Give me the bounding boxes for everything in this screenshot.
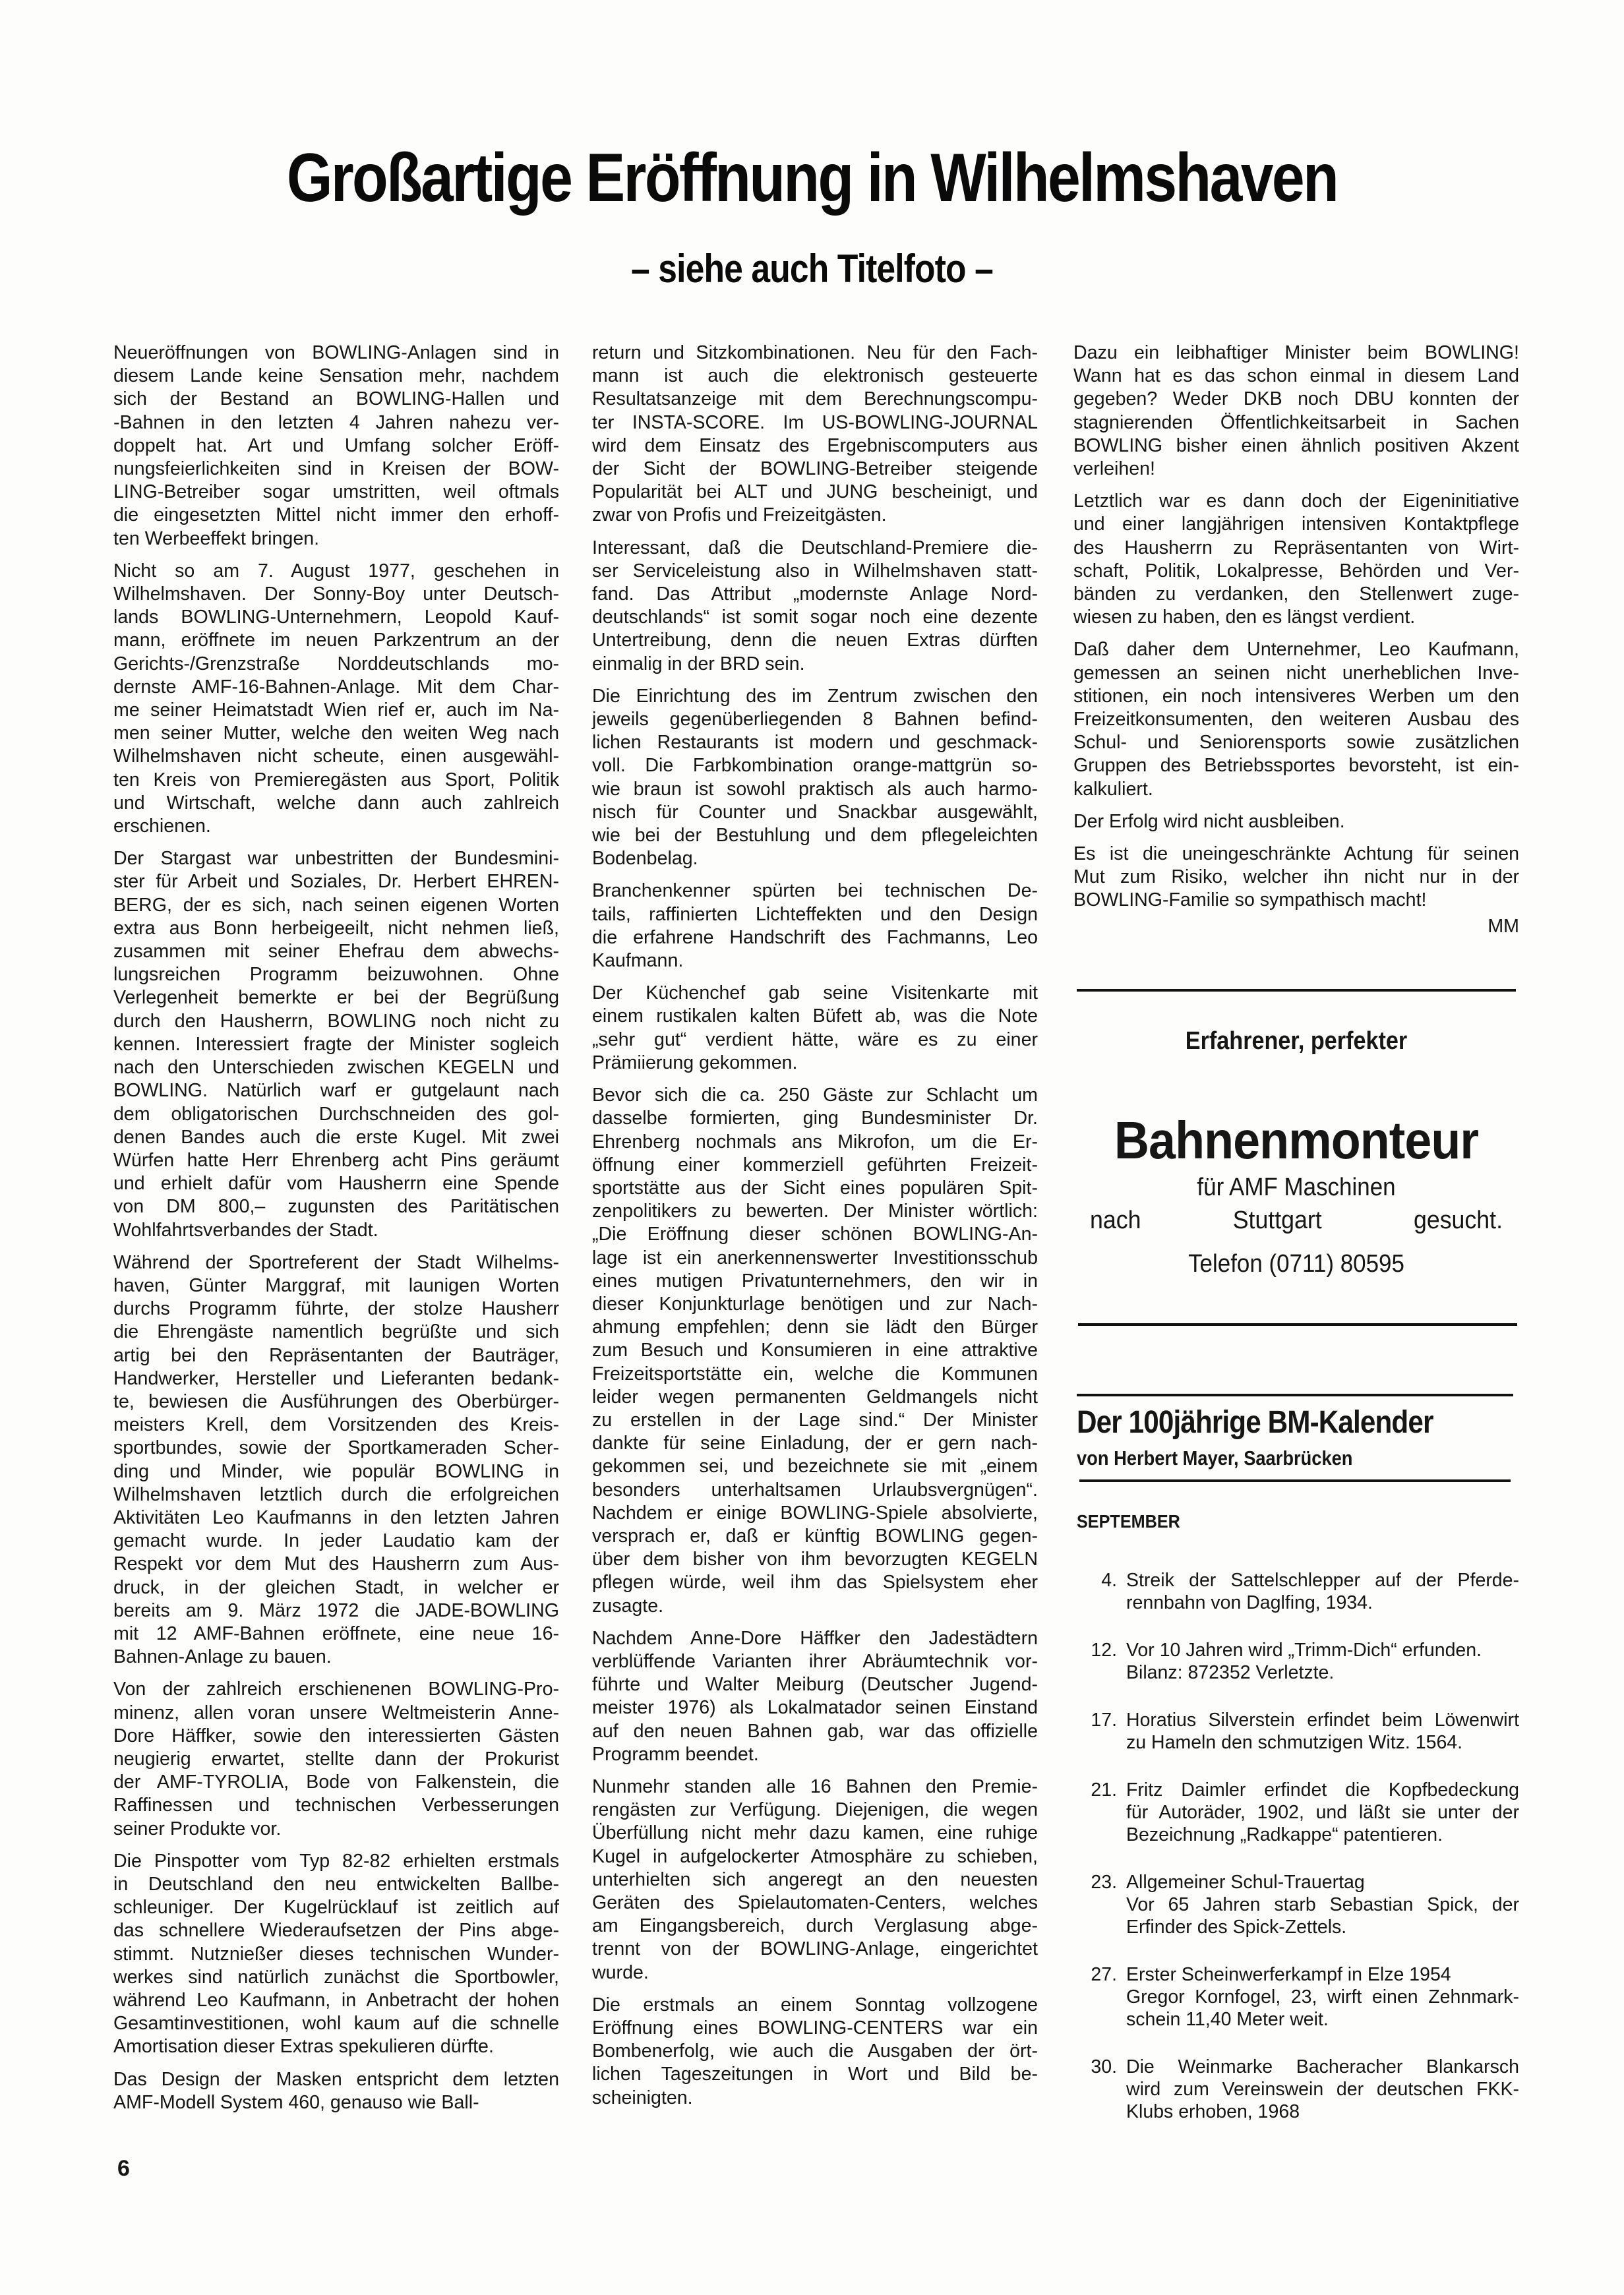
text-line: Wann hat es das schon einmal in diesem L… (1073, 365, 1519, 388)
text-line: zu erstellen in der Lage sind.“ Der Mini… (592, 1409, 1038, 1432)
text-line: mit 12 AMF-Bahnen eröffnete, eine neue 1… (113, 1623, 559, 1646)
calendar-entry-day: 17. (1073, 1709, 1126, 1754)
text-line: jeweils gegenüberliegenden 8 Bahnen befi… (592, 708, 1038, 731)
article-paragraph: Das Design der Masken entspricht dem let… (113, 2068, 559, 2114)
text-line: Bombenerfolg, wie auch die Ausgaben der … (592, 2040, 1038, 2063)
text-line: und einer langjährigen intensiven Kontak… (1073, 513, 1519, 536)
text-line: zusagte. (592, 1595, 1038, 1618)
text-line: Die Einrichtung des im Zentrum zwischen … (592, 685, 1038, 708)
text-line: öffnung einer kommerziell geführten Frei… (592, 1154, 1038, 1177)
text-line: Schul- und Seniorensports sowie zusätzli… (1073, 731, 1519, 754)
text-line: Raffinessen und technischen Verbesserung… (113, 1794, 559, 1817)
calendar-entry-text: Vor 10 Jahren wird „Trimm-Dich“ erfunden… (1126, 1639, 1519, 1684)
text-line: Der Stargast war unbestritten der Bundes… (113, 847, 559, 870)
article-paragraph: Die erstmals an einem Sonntag vollzogene… (592, 1994, 1038, 2110)
article-paragraph: Nachdem Anne-Dore Häffker den Jadestädte… (592, 1627, 1038, 1766)
text-line: artig bei den Repräsentanten der Bauträg… (113, 1344, 559, 1367)
text-line: verblüffende Varianten ihrer Abräumtechn… (592, 1650, 1038, 1673)
ad-top-rule (1077, 989, 1516, 992)
article-column-3: Dazu ein leibhaftiger Minister beim BOWL… (1073, 342, 1519, 938)
text-line: Eröffnung eines BOWLING-CENTERS war ein (592, 2017, 1038, 2040)
text-line: der AMF-TYROLIA, Bode von Falkenstein, d… (113, 1771, 559, 1794)
text-line: Vor 65 Jahren starb Sebastian Spick, der (1126, 1893, 1519, 1916)
article-paragraph: Die Einrichtung des im Zentrum zwischen … (592, 685, 1038, 871)
text-line: die erfahrene Handschrift des Fachmanns,… (592, 926, 1038, 949)
text-line: wird zum Vereinswein der deutschen FKK- (1126, 2078, 1519, 2101)
text-line: BOWLING-Familie so sympathisch macht! (1073, 889, 1519, 912)
text-line: Nunmehr standen alle 16 Bahnen den Premi… (592, 1775, 1038, 1799)
text-line: Das Design der Masken entspricht dem let… (113, 2068, 559, 2091)
article-headline: Großartige Eröffnung in Wilhelmshaven (113, 144, 1510, 212)
article-paragraph: Nicht so am 7. August 1977, geschehen in… (113, 560, 559, 838)
text-line: wie braun ist sowohl praktisch als auch … (592, 778, 1038, 801)
text-line: Vor 10 Jahren wird „Trimm-Dich“ erfunden… (1126, 1639, 1519, 1661)
text-line: Freizeitkonsumenten, den weiteren Ausbau… (1073, 708, 1519, 731)
text-line: Geräten des Spielautomaten-Centers, welc… (592, 1892, 1038, 1915)
text-line: dem obligatorischen Durchschneiden des g… (113, 1103, 559, 1126)
text-line: Es ist die uneingeschränkte Achtung für … (1073, 843, 1519, 866)
text-line: wiesen zu haben, den es längst verdient. (1073, 606, 1519, 629)
text-line: Die Weinmarke Bacheracher Blankarsch (1126, 2056, 1519, 2078)
text-line: Letztlich war es dann doch der Eigeninit… (1073, 490, 1519, 513)
calendar-entry: 27.Erster Scheinwerferkampf in Elze 1954… (1073, 1963, 1519, 2031)
text-line: schein 11,40 Meter weit. (1126, 2008, 1519, 2031)
text-line: Die erstmals an einem Sonntag vollzogene (592, 1994, 1038, 2017)
text-line: Wohlfahrtsverbandes der Stadt. (113, 1219, 559, 1242)
calendar-entry: 12.Vor 10 Jahren wird „Trimm-Dich“ erfun… (1073, 1639, 1519, 1684)
ad-location-line: nach Stuttgart gesucht. (1090, 1207, 1503, 1235)
text-line: während Leo Kaufmann, in Anbetracht der … (113, 1989, 559, 2012)
text-line: rennbahn von Daglfing, 1934. (1126, 1592, 1519, 1614)
text-line: sich der Bestand an BOWLING-Hallen und (113, 388, 559, 411)
text-line: Ehrenberg nochmals ans Mikrofon, um die … (592, 1131, 1038, 1154)
article-column-2: return und Sitzkombinationen. Neu für de… (592, 342, 1038, 2119)
text-line: kennen. Interessiert fragte der Minister… (113, 1033, 559, 1056)
text-line: stagnierenden Öffentlichkeitsarbeit in S… (1073, 411, 1519, 434)
article-paragraph: Interessant, daß die Deutschland-Premier… (592, 537, 1038, 676)
text-line: voll. Die Farbkombination orange-mattgrü… (592, 754, 1038, 777)
text-line: Neueröffnungen von BOWLING-Anlagen sind … (113, 342, 559, 365)
calendar-entry-day: 12. (1073, 1639, 1126, 1684)
calendar-entry: 23.Allgemeiner Schul-TrauertagVor 65 Jah… (1073, 1871, 1519, 1938)
text-line: Nicht so am 7. August 1977, geschehen in (113, 560, 559, 583)
ad-bottom-rule (1078, 1323, 1517, 1326)
text-line: Der Erfolg wird nicht ausbleiben. (1073, 810, 1519, 833)
text-line: Erfinder des Spick-Zettels. (1126, 1916, 1519, 1938)
text-line: und erhielt dafür vom Hausherrn eine Spe… (113, 1172, 559, 1195)
text-line: Dore Häffker, sowie den interessierten G… (113, 1725, 559, 1748)
text-line: dasselbe formierten, ging Bundesminister… (592, 1107, 1038, 1130)
text-line: ster für Arbeit und Soziales, Dr. Herber… (113, 870, 559, 893)
text-line: scheinigten. (592, 2087, 1038, 2110)
text-line: men seiner Mutter, welche den weiten Weg… (113, 722, 559, 745)
text-line: Gruppen des Betriebssportes bevorsteht, … (1073, 754, 1519, 777)
text-line: Freizeitsportstätte ein, welche die Komm… (592, 1363, 1038, 1386)
text-line: doppelt hat. Art und Umfang solcher Eröf… (113, 434, 559, 458)
calendar-top-rule (1077, 1394, 1513, 1396)
text-line: Verlegenheit bemerkte er bei der Begrüßu… (113, 986, 559, 1009)
calendar-entry: 30.Die Weinmarke Bacheracher Blankarschw… (1073, 2056, 1519, 2123)
text-line: schleuniger. Der Kugelrücklauf ist zeitl… (113, 1896, 559, 1919)
text-line: Der Küchenchef gab seine Visitenkarte mi… (592, 982, 1038, 1005)
text-line: Kugel in aufgelockerter Atmosphäre zu sc… (592, 1845, 1038, 1868)
text-line: rengästen zur Verfügung. Diejenigen, die… (592, 1799, 1038, 1822)
text-line: führte und Walter Meiburg (Deutscher Jug… (592, 1673, 1038, 1696)
text-line: des Hausherrn zu Repräsentanten von Wirt… (1073, 537, 1519, 560)
text-line: LING-Betreiber sogar umstritten, weil of… (113, 481, 559, 504)
article-paragraph: Bevor sich die ca. 250 Gäste zur Schlach… (592, 1084, 1038, 1618)
text-line: nach den Unterschieden zwischen KEGELN u… (113, 1056, 559, 1079)
ad-location-word-1: nach (1090, 1207, 1141, 1235)
text-line: zum Besuch und Konsumieren in eine attra… (592, 1339, 1038, 1362)
article-paragraph: Branchenkenner spürten bei technischen D… (592, 879, 1038, 972)
text-line: bänden zu verdanken, den Stellenwert zug… (1073, 583, 1519, 606)
text-line: Von der zahlreich erschienenen BOWLING-P… (113, 1678, 559, 1701)
text-line: gegeben? Weder DKB noch DBU konnten der (1073, 388, 1519, 411)
text-line: ter INSTA-SCORE. Im US-BOWLING-JOURNAL (592, 411, 1038, 434)
text-line: erschienen. (113, 815, 559, 838)
text-line: mann, eröffnete im neuen Parkzentrum an … (113, 629, 559, 652)
text-line: dankte für seine Einladung, der er gern … (592, 1432, 1038, 1455)
article-paragraph: Während der Sportreferent der Stadt Wilh… (113, 1251, 559, 1669)
calendar-entry-day: 23. (1073, 1871, 1126, 1938)
text-line: Die Pinspotter vom Typ 82-82 erhielten e… (113, 1850, 559, 1873)
text-line: unterhielten sich angeregt an den neuest… (592, 1868, 1038, 1892)
text-line: Nachdem er einige BOWLING-Spiele absolvi… (592, 1502, 1038, 1525)
article-column-1: Neueröffnungen von BOWLING-Anlagen sind … (113, 342, 559, 2124)
text-line: te, bewiesen die Ausführungen des Oberbü… (113, 1390, 559, 1414)
ad-phone: Telefon (0711) 80595 (1095, 1250, 1499, 1278)
text-line: Erster Scheinwerferkampf in Elze 1954 (1126, 1963, 1519, 1986)
text-line: Klubs erhoben, 1968 (1126, 2101, 1519, 2123)
text-line: Amortisation dieser Extras spekulieren d… (113, 2035, 559, 2058)
text-line: das schnellere Wiederaufsetzen der Pins … (113, 1919, 559, 1942)
text-line: eines mutigen Privatunternehmers, den wi… (592, 1270, 1038, 1293)
text-line: Gregor Kornfogel, 23, wirft einen Zehnma… (1126, 1986, 1519, 2008)
text-line: denen Bandes auch die erste Kugel. Mit z… (113, 1126, 559, 1149)
text-line: von DM 800,– zugunsten des Paritätischen (113, 1195, 559, 1218)
text-line: Popularität bei ALT und JUNG bescheinigt… (592, 481, 1038, 504)
text-line: in Deutschland den neu entwickelten Ball… (113, 1873, 559, 1896)
text-line: druck, in der gleichen Stadt, in welcher… (113, 1576, 559, 1599)
text-line: Untertreibung, denn die neuen Extras dür… (592, 629, 1038, 652)
calendar-entry-text: Die Weinmarke Bacheracher Blankarschwird… (1126, 2056, 1519, 2123)
calendar-entry-day: 27. (1073, 1963, 1126, 2031)
text-line: lichen Tageszeitungen in Wort und Bild b… (592, 2063, 1038, 2086)
article-paragraph: Letztlich war es dann doch der Eigeninit… (1073, 490, 1519, 629)
text-line: wurde. (592, 1961, 1038, 1984)
text-line: wird dem Einsatz des Ergebniscomputers a… (592, 434, 1038, 458)
text-line: stimmt. Nutznießer dieses technischen Wu… (113, 1943, 559, 1966)
text-line: Horatius Silverstein erfindet beim Löwen… (1126, 1709, 1519, 1731)
calendar-entry: 4.Streik der Sattelschlepper auf der Pfe… (1073, 1569, 1519, 1614)
text-line: Allgemeiner Schul-Trauertag (1126, 1871, 1519, 1893)
text-line: meisters Krell, dem Vorsitzenden des Kre… (113, 1414, 559, 1437)
calendar-entry-day: 21. (1073, 1779, 1126, 1846)
text-line: die eingesetzten Mittel nicht immer den … (113, 504, 559, 527)
text-line: gekommen sei, und bezeichnete sie mit „e… (592, 1455, 1038, 1478)
text-line: sportbundes, sowie der Sportkameraden Sc… (113, 1437, 559, 1460)
ad-location-city: Stuttgart (1233, 1207, 1322, 1235)
text-line: am Eingangsbereich, durch Verglasung abg… (592, 1915, 1038, 1938)
text-line: stitionen, ein noch intensiveres Werben … (1073, 685, 1519, 708)
text-line: wie bei der Bestuhlung und dem pflegelei… (592, 824, 1038, 847)
calendar-bottom-rule (1079, 1479, 1511, 1482)
article-paragraph: Die Pinspotter vom Typ 82-82 erhielten e… (113, 1850, 559, 2059)
article-subheadline: – siehe auch Titelfoto – (113, 249, 1510, 289)
text-line: ten Kreis von Premieregästen aus Sport, … (113, 769, 559, 792)
text-line: Würfen hatte Herr Ehrenberg acht Pins ge… (113, 1149, 559, 1172)
calendar-title: Der 100jährige BM-Kalender (1077, 1404, 1433, 1441)
text-line: leider wegen permanenten Geldmangels nic… (592, 1386, 1038, 1409)
text-line: Respekt vor dem Mut des Hausherrn zum Au… (113, 1553, 559, 1576)
text-line: me seiner Heimatstadt Wien rief er, auch… (113, 699, 559, 722)
text-line: zwar von Profis und Freizeitgästen. (592, 504, 1038, 527)
text-line: Bevor sich die ca. 250 Gäste zur Schlach… (592, 1084, 1038, 1107)
calendar-entry-text: Allgemeiner Schul-TrauertagVor 65 Jahren… (1126, 1871, 1519, 1938)
text-line: return und Sitzkombinationen. Neu für de… (592, 342, 1038, 365)
text-line: verleihen! (1073, 458, 1519, 481)
article-paragraph: Dazu ein leibhaftiger Minister beim BOWL… (1073, 342, 1519, 481)
text-line: ding und Minder, wie populär BOWLING in (113, 1460, 559, 1483)
text-line: Gesamtinvestitionen, wohl kaum auf die s… (113, 2012, 559, 2035)
text-line: dernste AMF-16-Bahnen-Anlage. Mit dem Ch… (113, 676, 559, 699)
text-line: „Die Eröffnung dieser schönen BOWLING-An… (592, 1223, 1038, 1246)
text-line: einem rustikalen kalten Büfett ab, was d… (592, 1005, 1038, 1028)
text-line: für Autoräder, 1902, und läßt sie unter … (1126, 1801, 1519, 1824)
text-line: Bilanz: 872352 Verletzte. (1126, 1661, 1519, 1684)
text-line: ser Serviceleistung also in Wilhelmshave… (592, 560, 1038, 583)
text-line: Bahnen-Anlage zu bauen. (113, 1646, 559, 1669)
text-line: Bodenbelag. (592, 847, 1038, 870)
page-number: 6 (117, 2156, 130, 2182)
text-line: minenz, allen voran unsere Weltmeisterin… (113, 1702, 559, 1725)
text-line: fand. Das Attribut „modernste Anlage Nor… (592, 583, 1038, 606)
text-line: einmalig in der BRD sein. (592, 653, 1038, 676)
text-line: bereits am 9. März 1972 die JADE-BOWLING (113, 1599, 559, 1623)
text-line: BOWLING. Natürlich warf er gutgelaunt na… (113, 1079, 559, 1102)
text-line: AMF-Modell System 460, genauso wie Ball- (113, 2091, 559, 2114)
author-signature: MM (1073, 915, 1519, 938)
calendar-entry: 21.Fritz Daimler erfindet die Kopfbedeck… (1073, 1779, 1519, 1846)
text-line: Aktivitäten Leo Kaufmanns in den letzten… (113, 1506, 559, 1530)
article-paragraph: Der Stargast war unbestritten der Bundes… (113, 847, 559, 1241)
calendar-entry-text: Fritz Daimler erfindet die Kopfbedeckung… (1126, 1779, 1519, 1846)
article-paragraph: return und Sitzkombinationen. Neu für de… (592, 342, 1038, 527)
text-line: nungsfeierlichkeiten sind in Kreisen der… (113, 458, 559, 481)
calendar-entries: 4.Streik der Sattelschlepper auf der Pfe… (1073, 1569, 1519, 2148)
text-line: extra aus Bonn herbeigeeilt, nicht nehme… (113, 917, 559, 940)
text-line: haven, Günter Marggraf, mit launigen Wor… (113, 1274, 559, 1297)
text-line: die Ehrengäste namentlich begrüßte und s… (113, 1321, 559, 1344)
text-line: Programm beendet. (592, 1743, 1038, 1766)
text-line: zenpolitikers zu bewerten. Der Minister … (592, 1200, 1038, 1223)
text-line: lands BOWLING-Unternehmern, Leopold Kauf… (113, 606, 559, 629)
calendar-month: SEPTEMBER (1077, 1511, 1180, 1532)
article-paragraph: Es ist die uneingeschränkte Achtung für … (1073, 843, 1519, 912)
text-line: dieser Konjunkturlage benötigen und zur … (592, 1293, 1038, 1316)
text-line: schaft, Politik, Lokalpresse, Behörden u… (1073, 560, 1519, 583)
calendar-entry-text: Horatius Silverstein erfindet beim Löwen… (1126, 1709, 1519, 1754)
text-line: Handwerker, Hersteller und Lieferanten b… (113, 1367, 559, 1390)
text-line: diesem Lande keine Sensation mehr, nachd… (113, 365, 559, 388)
text-line: zusammen mit seiner Ehefrau dem abwechs- (113, 940, 559, 963)
text-line: gemacht wurde. In jeder Laudatio kam der (113, 1530, 559, 1553)
text-line: BERG, der es sich, nach seinen eigenen W… (113, 894, 559, 917)
text-line: Bezeichnung „Radkappe“ patentieren. (1126, 1824, 1519, 1846)
text-line: Kaufmann. (592, 949, 1038, 972)
text-line: zu Hameln den schmutzigen Witz. 1564. (1126, 1731, 1519, 1754)
ad-location-word-3: gesucht. (1414, 1207, 1503, 1235)
text-line: trennt von der BOWLING-Anlage, eingerich… (592, 1938, 1038, 1961)
text-line: meister 1976) als Lokalmatador seinen Ei… (592, 1696, 1038, 1719)
text-line: Wilhelmshaven nicht scheute, einen ausge… (113, 745, 559, 768)
ad-machines-line: für AMF Maschinen (1095, 1174, 1499, 1202)
ad-title: Bahnenmonteur (1095, 1114, 1499, 1167)
article-paragraph: Nunmehr standen alle 16 Bahnen den Premi… (592, 1775, 1038, 1984)
calendar-entry-day: 30. (1073, 2056, 1126, 2123)
text-line: Resultatsanzeige mit dem Berechnungscomp… (592, 388, 1038, 411)
article-paragraph: Von der zahlreich erschienenen BOWLING-P… (113, 1678, 559, 1840)
article-paragraph: Neueröffnungen von BOWLING-Anlagen sind … (113, 342, 559, 551)
text-line: Branchenkenner spürten bei technischen D… (592, 879, 1038, 903)
text-line: der Sicht der BOWLING-Betreiber steigend… (592, 458, 1038, 481)
text-line: Interessant, daß die Deutschland-Premier… (592, 537, 1038, 560)
text-line: BOWLING bisher einen ähnlich positiven A… (1073, 434, 1519, 458)
text-line: werkes sind natürlich zunächst die Sport… (113, 1966, 559, 1989)
ad-kicker: Erfahrener, perfekter (1098, 1027, 1493, 1056)
text-line: seiner Produkte vor. (113, 1818, 559, 1841)
text-line: über dem bisher von ihm bevorzugten KEGE… (592, 1548, 1038, 1571)
text-line: Wilhelmshaven. Der Sonny-Boy unter Deuts… (113, 583, 559, 606)
text-line: durch den Hausherrn, BOWLING noch nicht … (113, 1010, 559, 1033)
text-line: neugierig erwartet, stellte dann der Pro… (113, 1748, 559, 1771)
text-line: Prämiierung gekommen. (592, 1052, 1038, 1075)
article-paragraph: Der Küchenchef gab seine Visitenkarte mi… (592, 982, 1038, 1075)
text-line: sportstätte aus der Sicht eines populäre… (592, 1177, 1038, 1200)
text-line: lungsreichen Programm beizuwohnen. Ohne (113, 963, 559, 986)
text-line: ahmung empfehlen; denn sie lädt den Bürg… (592, 1316, 1038, 1339)
calendar-entry: 17.Horatius Silverstein erfindet beim Lö… (1073, 1709, 1519, 1754)
text-line: tails, raffinierten Lichteffekten und de… (592, 903, 1038, 926)
article-paragraph: Daß daher dem Unternehmer, Leo Kaufmann,… (1073, 638, 1519, 800)
text-line: Überfüllung nicht mehr dazu kamen, eine … (592, 1822, 1038, 1845)
text-line: Dazu ein leibhaftiger Minister beim BOWL… (1073, 342, 1519, 365)
text-line: Nachdem Anne-Dore Häffker den Jadestädte… (592, 1627, 1038, 1650)
text-line: lage ist ein anerkennenswerter Investiti… (592, 1247, 1038, 1270)
text-line: Gerichts-/Grenzstraße Norddeutschlands m… (113, 653, 559, 676)
text-line: lichen Restaurants ist modern und geschm… (592, 731, 1038, 754)
text-line: Fritz Daimler erfindet die Kopfbedeckung (1126, 1779, 1519, 1801)
text-line: kalkuliert. (1073, 778, 1519, 801)
text-line: „sehr gut“ verdient hätte, wäre es zu ei… (592, 1028, 1038, 1052)
text-line: pflegen würde, weil ihm das Spielsystem … (592, 1571, 1038, 1594)
calendar-entry-day: 4. (1073, 1569, 1126, 1614)
text-line: auf den neuen Bahnen gab, war das offizi… (592, 1720, 1038, 1743)
article-paragraph: Der Erfolg wird nicht ausbleiben. (1073, 810, 1519, 833)
text-line: Daß daher dem Unternehmer, Leo Kaufmann, (1073, 638, 1519, 661)
text-line: versprach er, daß er künftig BOWLING geg… (592, 1525, 1038, 1548)
text-line: Wilhelmshaven letztlich durch die erfolg… (113, 1483, 559, 1506)
text-line: ten Werbeeffekt bringen. (113, 527, 559, 551)
calendar-byline: von Herbert Mayer, Saarbrücken (1077, 1446, 1352, 1470)
text-line: mann ist auch die elektronisch gesteuert… (592, 365, 1038, 388)
text-line: Streik der Sattelschlepper auf der Pferd… (1126, 1569, 1519, 1592)
calendar-entry-text: Erster Scheinwerferkampf in Elze 1954Gre… (1126, 1963, 1519, 2031)
text-line: durchs Programm führte, der stolze Haush… (113, 1297, 559, 1321)
text-line: besonders unterhaltsamen Urlaubsvergnüge… (592, 1479, 1038, 1502)
text-line: -Bahnen in den letzten 4 Jahren nahezu v… (113, 411, 559, 434)
text-line: deutschlands“ ist somit sogar noch eine … (592, 606, 1038, 629)
calendar-entry-text: Streik der Sattelschlepper auf der Pferd… (1126, 1569, 1519, 1614)
text-line: und Wirtschaft, welche dann auch zahlrei… (113, 792, 559, 815)
text-line: gemessen an seinen nicht unerheblichen I… (1073, 662, 1519, 685)
text-line: nisch für Counter und Snackbar ausgewähl… (592, 801, 1038, 824)
text-line: Mut zum Risiko, welcher ihn nicht nur in… (1073, 866, 1519, 889)
text-line: Während der Sportreferent der Stadt Wilh… (113, 1251, 559, 1274)
